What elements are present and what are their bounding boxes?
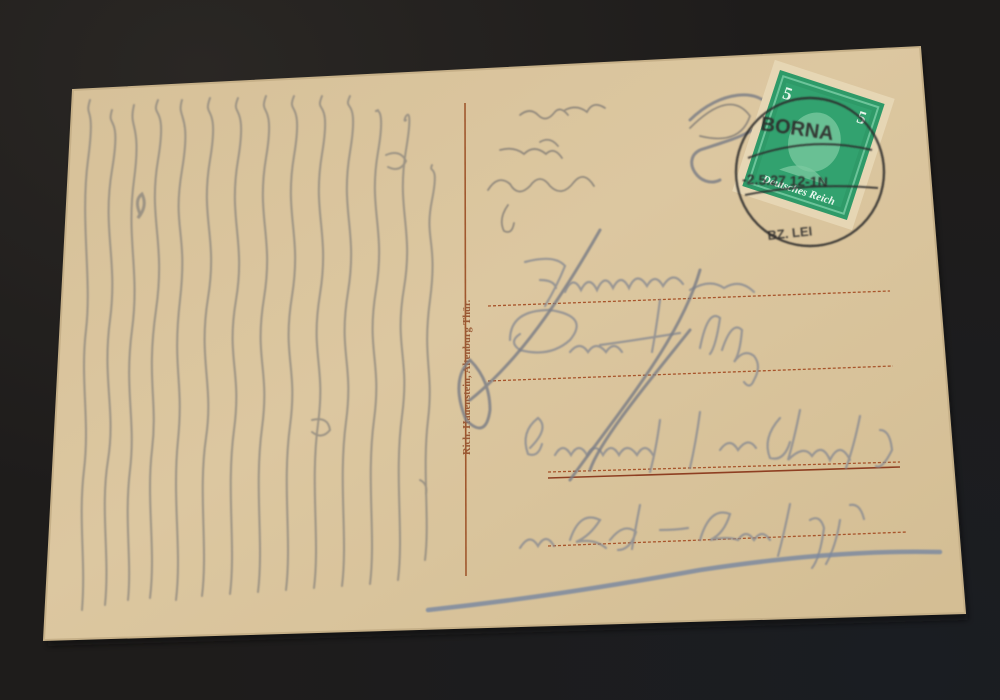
postcard-photo: Rich. Hauenstein, Altenburg Thür. xyxy=(0,0,1000,700)
postmark-date: -2.5.27 12-1N xyxy=(742,171,828,190)
publisher-imprint: Rich. Hauenstein, Altenburg Thür. xyxy=(462,299,473,455)
postcard: Rich. Hauenstein, Altenburg Thür. xyxy=(44,47,965,640)
